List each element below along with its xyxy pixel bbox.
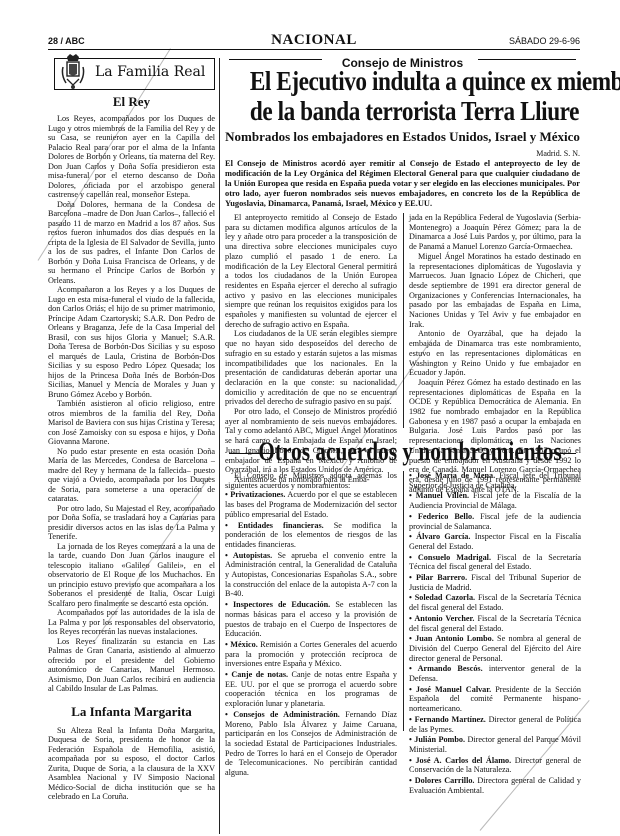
paragraph: Los Reyes, acompañados por los Duques de… bbox=[48, 114, 215, 200]
bullet-icon: • bbox=[225, 551, 233, 560]
bullet-icon: • bbox=[225, 521, 238, 530]
acuerdo-item: • Autopistas. Se aprueba el convenio ent… bbox=[225, 551, 397, 600]
bullet-icon: • bbox=[409, 573, 416, 582]
article-infanta-margarita: Su Alteza Real la Infanta Doña Margarita… bbox=[48, 726, 215, 802]
left-column: La Familia Real El Rey Los Reyes, acompa… bbox=[48, 58, 215, 802]
acuerdo-item: • Consejos de Administración. Fernando D… bbox=[225, 710, 397, 778]
issue-date: SÁBADO 29-6-96 bbox=[509, 36, 580, 46]
bullet-icon: • bbox=[409, 491, 416, 500]
bullet-icon: • bbox=[409, 664, 418, 673]
kicker-rule bbox=[229, 59, 322, 60]
acuerdo-item: • México. Remisión a Cortes Generales de… bbox=[225, 640, 397, 669]
nombramiento-item: • Pilar Barrero. Fiscal del Tribunal Sup… bbox=[409, 573, 581, 592]
nombramiento-item: • José A. Carlos del Álamo. Director gen… bbox=[409, 756, 581, 775]
paragraph: Los Reyes finalizarán su estancia en Las… bbox=[48, 637, 215, 694]
subhead-el-rey: El Rey bbox=[48, 94, 215, 110]
royal-crest-icon bbox=[61, 53, 85, 91]
paragraph: jada en la República Federal de Yugoslav… bbox=[409, 213, 581, 252]
bullet-icon: • bbox=[409, 553, 418, 562]
acuerdos-column: El Consejo de Ministros adopta además lo… bbox=[225, 471, 397, 779]
section2-intro: El Consejo de Ministros adopta además lo… bbox=[225, 471, 397, 490]
headline-line-1: El Ejecutivo indulta a quince ex miembro… bbox=[250, 67, 555, 96]
section-name: NACIONAL bbox=[48, 32, 580, 49]
body-columns: El anteproyecto remitido al Consejo de E… bbox=[225, 213, 580, 437]
section2-header: Otros acuerdos y nombramientos bbox=[225, 437, 580, 467]
paragraph: Antonio de Oyarzábal, que ha dejado la e… bbox=[409, 329, 581, 378]
subheadline: Nombrados los embajadores en Estados Uni… bbox=[225, 129, 580, 145]
kicker: Consejo de Ministros bbox=[225, 52, 580, 66]
main-article: Consejo de Ministros El Ejecutivo indult… bbox=[225, 52, 580, 771]
column-divider bbox=[219, 58, 220, 834]
byline: Madrid. S. N. bbox=[225, 149, 580, 158]
kicker-rule bbox=[478, 59, 576, 60]
nombramiento-item: • Federico Bello. Fiscal jefe de la audi… bbox=[409, 512, 581, 531]
section2-rule bbox=[534, 453, 576, 454]
masthead: 28 / ABC NACIONAL SÁBADO 29-6-96 bbox=[48, 33, 580, 50]
nombramiento-item: • Fernando Martínez. Director general de… bbox=[409, 715, 581, 734]
acuerdos-columns: El Consejo de Ministros adopta además lo… bbox=[225, 471, 580, 771]
paragraph: Por otro lado, Su Majestad el Rey, acomp… bbox=[48, 504, 215, 542]
nombramiento-item: • Manuel Villén. Fiscal jefe de la Fisca… bbox=[409, 491, 581, 510]
nombramiento-item: • José María de Mena. Fiscal jefe del Tr… bbox=[409, 471, 581, 490]
bullet-icon: • bbox=[409, 471, 416, 480]
nombramiento-item: • Julián Pombo. Director general del Par… bbox=[409, 735, 581, 754]
nombramiento-item: • José Manuel Calvar. Presidente de la S… bbox=[409, 685, 581, 714]
newspaper-page: 28 / ABC NACIONAL SÁBADO 29-6-96 La Fami… bbox=[0, 0, 620, 836]
acuerdo-item: • Inspectores de Educación. Se establece… bbox=[225, 600, 397, 639]
nombramiento-item: • Soledad Cazorla. Fiscal de la Secretar… bbox=[409, 593, 581, 612]
nombramiento-item: • Álvaro García. Inspector Fiscal en la … bbox=[409, 532, 581, 551]
headline-line-2: de la banda terrorista Terra Lliure bbox=[250, 97, 555, 126]
paragraph: También asistieron al oficio religioso, … bbox=[48, 399, 215, 447]
section2-title: Otros acuerdos y nombramientos bbox=[258, 437, 561, 467]
paragraph: El anteproyecto remitido al Consejo de E… bbox=[225, 213, 397, 329]
lead-text: El Consejo de Ministros acordó ayer remi… bbox=[225, 159, 580, 208]
paragraph: Doña Dolores, hermana de la Condesa de B… bbox=[48, 200, 215, 286]
lead-paragraph: El Consejo de Ministros acordó ayer remi… bbox=[225, 159, 580, 209]
acuerdo-item: • Canje de notas. Canje de notas entre E… bbox=[225, 670, 397, 709]
section-title: La Familia Real bbox=[95, 64, 205, 80]
paragraph: Los ciudadanos de la UE serán elegibles … bbox=[225, 329, 397, 407]
nombramiento-item: • Antonio Vercher. Fiscal de la Secretar… bbox=[409, 614, 581, 633]
bullet-icon: • bbox=[225, 600, 233, 609]
paragraph: No pudo estar presente en esta ocasión D… bbox=[48, 447, 215, 504]
paragraph: Acompañaron a los Reyes y a los Duques d… bbox=[48, 285, 215, 399]
column-divider bbox=[403, 471, 404, 731]
article-el-rey: Los Reyes, acompañados por los Duques de… bbox=[48, 114, 215, 694]
subhead-infanta-margarita: La Infanta Margarita bbox=[48, 704, 215, 720]
acuerdo-item: • Privatizaciones. Acuerdo por el que se… bbox=[225, 490, 397, 519]
paragraph: Miguel Ángel Moratinos ha estado destina… bbox=[409, 252, 581, 330]
bullet-icon: • bbox=[409, 685, 416, 694]
column-divider bbox=[403, 213, 404, 428]
nombramiento-item: • Consuelo Madrigal. Fiscal de la Secret… bbox=[409, 553, 581, 572]
paragraph: La jornada de los Reyes comenzará a la u… bbox=[48, 542, 215, 609]
paragraph: Su Alteza Real la Infanta Doña Margarita… bbox=[48, 726, 215, 802]
nombramientos-column: • José María de Mena. Fiscal jefe del Tr… bbox=[409, 471, 581, 797]
nombramiento-item: • Juan Antonio Lombo. Se nombra al gener… bbox=[409, 634, 581, 663]
acuerdo-item: • Entidades financieras. Se modifica la … bbox=[225, 521, 397, 550]
section-box-familia-real: La Familia Real bbox=[54, 58, 215, 90]
bullet-icon: • bbox=[409, 512, 418, 521]
nombramiento-item: • Armando Bescós. interventor general de… bbox=[409, 664, 581, 683]
nombramiento-item: • Dolores Carrillo. Directora general de… bbox=[409, 776, 581, 795]
paragraph: Acompañados por las autoridades de la is… bbox=[48, 608, 215, 637]
